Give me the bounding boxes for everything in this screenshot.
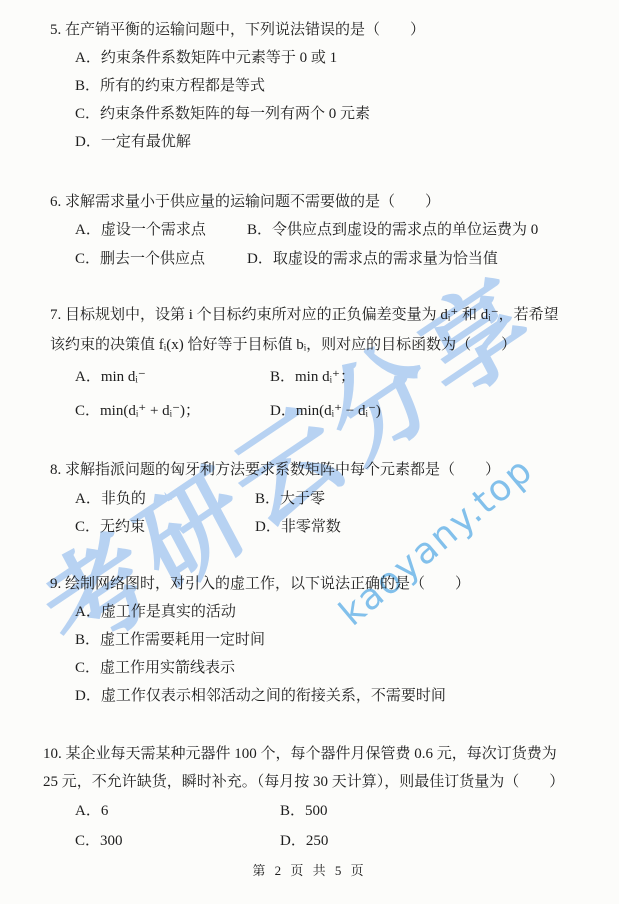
question-6-option-d: D．取虚设的需求点的需求量为恰当值 [247, 245, 601, 274]
question-10-option-c: C．300 [43, 826, 280, 856]
question-5-option-c: C．约束条件系数矩阵的每一列有两个 0 元素 [50, 100, 601, 128]
question-9-option-c: C．虚工作用实箭线表示 [50, 654, 601, 682]
question-8-option-c: C．无约束 [50, 513, 255, 541]
question-10-stem-line1: 10. 某企业每天需某种元器件 100 个，每个器件月保管费 0.6 元，每次订… [43, 740, 601, 768]
question-5-stem: 5. 在产销平衡的运输问题中，下列说法错误的是（ ） [50, 16, 601, 44]
question-10-stem-line2: 25 元，不允许缺货，瞬时补充。（每月按 30 天计算），则最佳订货量为（ ） [43, 768, 601, 796]
question-9: 9. 绘制网络图时，对引入的虚工作，以下说法正确的是（ ） A．虚工作是真实的活… [50, 570, 601, 710]
question-7-stem-line2: 该约束的决策值 fᵢ(x) 恰好等于目标值 bᵢ，则对应的目标函数为（ ） [50, 330, 601, 360]
question-5: 5. 在产销平衡的运输问题中，下列说法错误的是（ ） A．约束条件系数矩阵中元素… [50, 16, 601, 156]
question-6: 6. 求解需求量小于供应量的运输问题不需要做的是（ ） A．虚设一个需求点 B．… [50, 188, 601, 274]
question-5-option-a: A．约束条件系数矩阵中元素等于 0 或 1 [50, 44, 601, 72]
question-6-stem: 6. 求解需求量小于供应量的运输问题不需要做的是（ ） [50, 188, 601, 216]
question-10-option-a: A．6 [43, 796, 280, 826]
question-9-option-a: A．虚工作是真实的活动 [50, 598, 601, 626]
question-7-option-d: D．min(dᵢ⁺ − dᵢ⁻) [270, 394, 601, 428]
question-5-option-d: D．一定有最优解 [50, 128, 601, 156]
question-5-option-b: B．所有的约束方程都是等式 [50, 72, 601, 100]
question-8-option-a: A．非负的 [50, 485, 255, 513]
question-7: 7. 目标规划中，设第 i 个目标约束所对应的正负偏差变量为 dᵢ⁺ 和 dᵢ⁻… [50, 300, 601, 428]
question-7-stem-line1: 7. 目标规划中，设第 i 个目标约束所对应的正负偏差变量为 dᵢ⁺ 和 dᵢ⁻… [50, 300, 601, 330]
question-7-option-b: B．min dᵢ⁺； [270, 360, 601, 394]
question-9-option-b: B．虚工作需要耗用一定时间 [50, 626, 601, 654]
question-10-option-d: D．250 [280, 826, 601, 856]
question-6-option-b: B．令供应点到虚设的需求点的单位运费为 0 [247, 216, 601, 245]
question-6-option-a: A．虚设一个需求点 [50, 216, 247, 245]
question-8-option-d: D．非零常数 [255, 513, 601, 541]
question-9-option-d: D．虚工作仅表示相邻活动之间的衔接关系，不需要时间 [50, 682, 601, 710]
question-8-option-b: B．大于零 [255, 485, 601, 513]
question-6-option-c: C．删去一个供应点 [50, 245, 247, 274]
question-8: 8. 求解指派问题的匈牙利方法要求系数矩阵中每个元素都是（ ） A．非负的 B．… [50, 455, 601, 541]
question-7-option-a: A．min dᵢ⁻ [50, 360, 270, 394]
question-7-option-c: C．min(dᵢ⁺ + dᵢ⁻)； [50, 394, 270, 428]
question-10: 10. 某企业每天需某种元器件 100 个，每个器件月保管费 0.6 元，每次订… [43, 740, 601, 856]
exam-page: 考研云分享 kaoyany.top 5. 在产销平衡的运输问题中，下列说法错误的… [0, 0, 619, 904]
question-9-stem: 9. 绘制网络图时，对引入的虚工作，以下说法正确的是（ ） [50, 570, 601, 598]
page-number-footer: 第 2 页 共 5 页 [0, 860, 619, 879]
question-8-stem: 8. 求解指派问题的匈牙利方法要求系数矩阵中每个元素都是（ ） [50, 455, 601, 485]
question-10-option-b: B．500 [280, 796, 601, 826]
